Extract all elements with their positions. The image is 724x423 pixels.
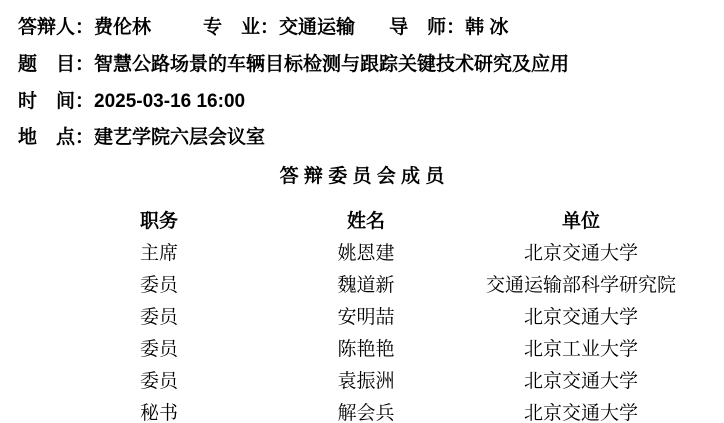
organization-cell: 交通运输部科学研究院 xyxy=(456,276,706,295)
advisor-label: 导 师： xyxy=(389,17,465,38)
role-cell: 委员 xyxy=(140,372,276,391)
name-cell: 袁振洲 xyxy=(276,372,456,391)
name-cell: 姚恩建 xyxy=(276,244,456,263)
table-row: 委员 安明喆 北京交通大学 xyxy=(0,301,724,333)
thesis-title-line: 题 目：智慧公路场景的车辆目标检测与跟踪关键技术研究及应用 xyxy=(18,55,569,74)
role-cell: 委员 xyxy=(140,276,276,295)
column-header-organization: 单位 xyxy=(456,212,706,231)
time-value: 2025-03-16 16:00 xyxy=(94,92,245,111)
table-row: 委员 袁振洲 北京交通大学 xyxy=(0,365,724,397)
name-cell: 安明喆 xyxy=(276,308,456,327)
time-line: 时 间：2025-03-16 16:00 xyxy=(18,92,245,111)
name-cell: 魏道新 xyxy=(276,276,456,295)
defender-major-advisor-line: 答辩人：费伦林 专 业：交通运输 导 师：韩 冰 xyxy=(18,18,508,37)
defender-label: 答辩人： xyxy=(18,17,94,38)
committee-table: 职务 姓名 单位 主席 姚恩建 北京交通大学 委员 魏道新 交通运输部科学研究院… xyxy=(0,205,724,423)
organization-cell: 北京交通大学 xyxy=(456,308,706,327)
organization-cell: 北京工业大学 xyxy=(456,340,706,359)
major-field: 专 业：交通运输 xyxy=(203,18,355,37)
location-label: 地 点： xyxy=(18,128,94,147)
organization-cell: 北京交通大学 xyxy=(456,372,706,391)
organization-cell: 北京交通大学 xyxy=(456,244,706,263)
role-cell: 主席 xyxy=(140,244,276,263)
name-cell: 陈艳艳 xyxy=(276,340,456,359)
organization-cell: 北京交通大学 xyxy=(456,404,706,423)
defender-value: 费伦林 xyxy=(94,17,151,38)
committee-section-title: 答 辩 委 员 会 成 员 xyxy=(0,167,724,186)
table-row: 委员 陈艳艳 北京工业大学 xyxy=(0,333,724,365)
column-header-role: 职务 xyxy=(140,212,276,231)
table-row: 委员 魏道新 交通运输部科学研究院 xyxy=(0,269,724,301)
table-row: 秘书 解会兵 北京交通大学 xyxy=(0,397,724,423)
advisor-value: 韩 冰 xyxy=(465,17,508,38)
location-value: 建艺学院六层会议室 xyxy=(94,128,265,147)
time-label: 时 间： xyxy=(18,92,94,111)
role-cell: 委员 xyxy=(140,308,276,327)
table-header-row: 职务 姓名 单位 xyxy=(0,205,724,237)
thesis-title-label: 题 目： xyxy=(18,55,94,74)
table-row: 主席 姚恩建 北京交通大学 xyxy=(0,237,724,269)
role-cell: 委员 xyxy=(140,340,276,359)
column-header-name: 姓名 xyxy=(276,212,456,231)
name-cell: 解会兵 xyxy=(276,404,456,423)
defense-announcement-document: 答辩人：费伦林 专 业：交通运输 导 师：韩 冰 题 目：智慧公路场景的车辆目标… xyxy=(0,0,724,423)
advisor-field: 导 师：韩 冰 xyxy=(389,18,508,37)
location-line: 地 点：建艺学院六层会议室 xyxy=(18,128,265,147)
defender-field: 答辩人：费伦林 xyxy=(18,18,151,37)
role-cell: 秘书 xyxy=(140,404,276,423)
thesis-title-value: 智慧公路场景的车辆目标检测与跟踪关键技术研究及应用 xyxy=(94,55,569,74)
major-value: 交通运输 xyxy=(279,17,355,38)
major-label: 专 业： xyxy=(203,17,279,38)
